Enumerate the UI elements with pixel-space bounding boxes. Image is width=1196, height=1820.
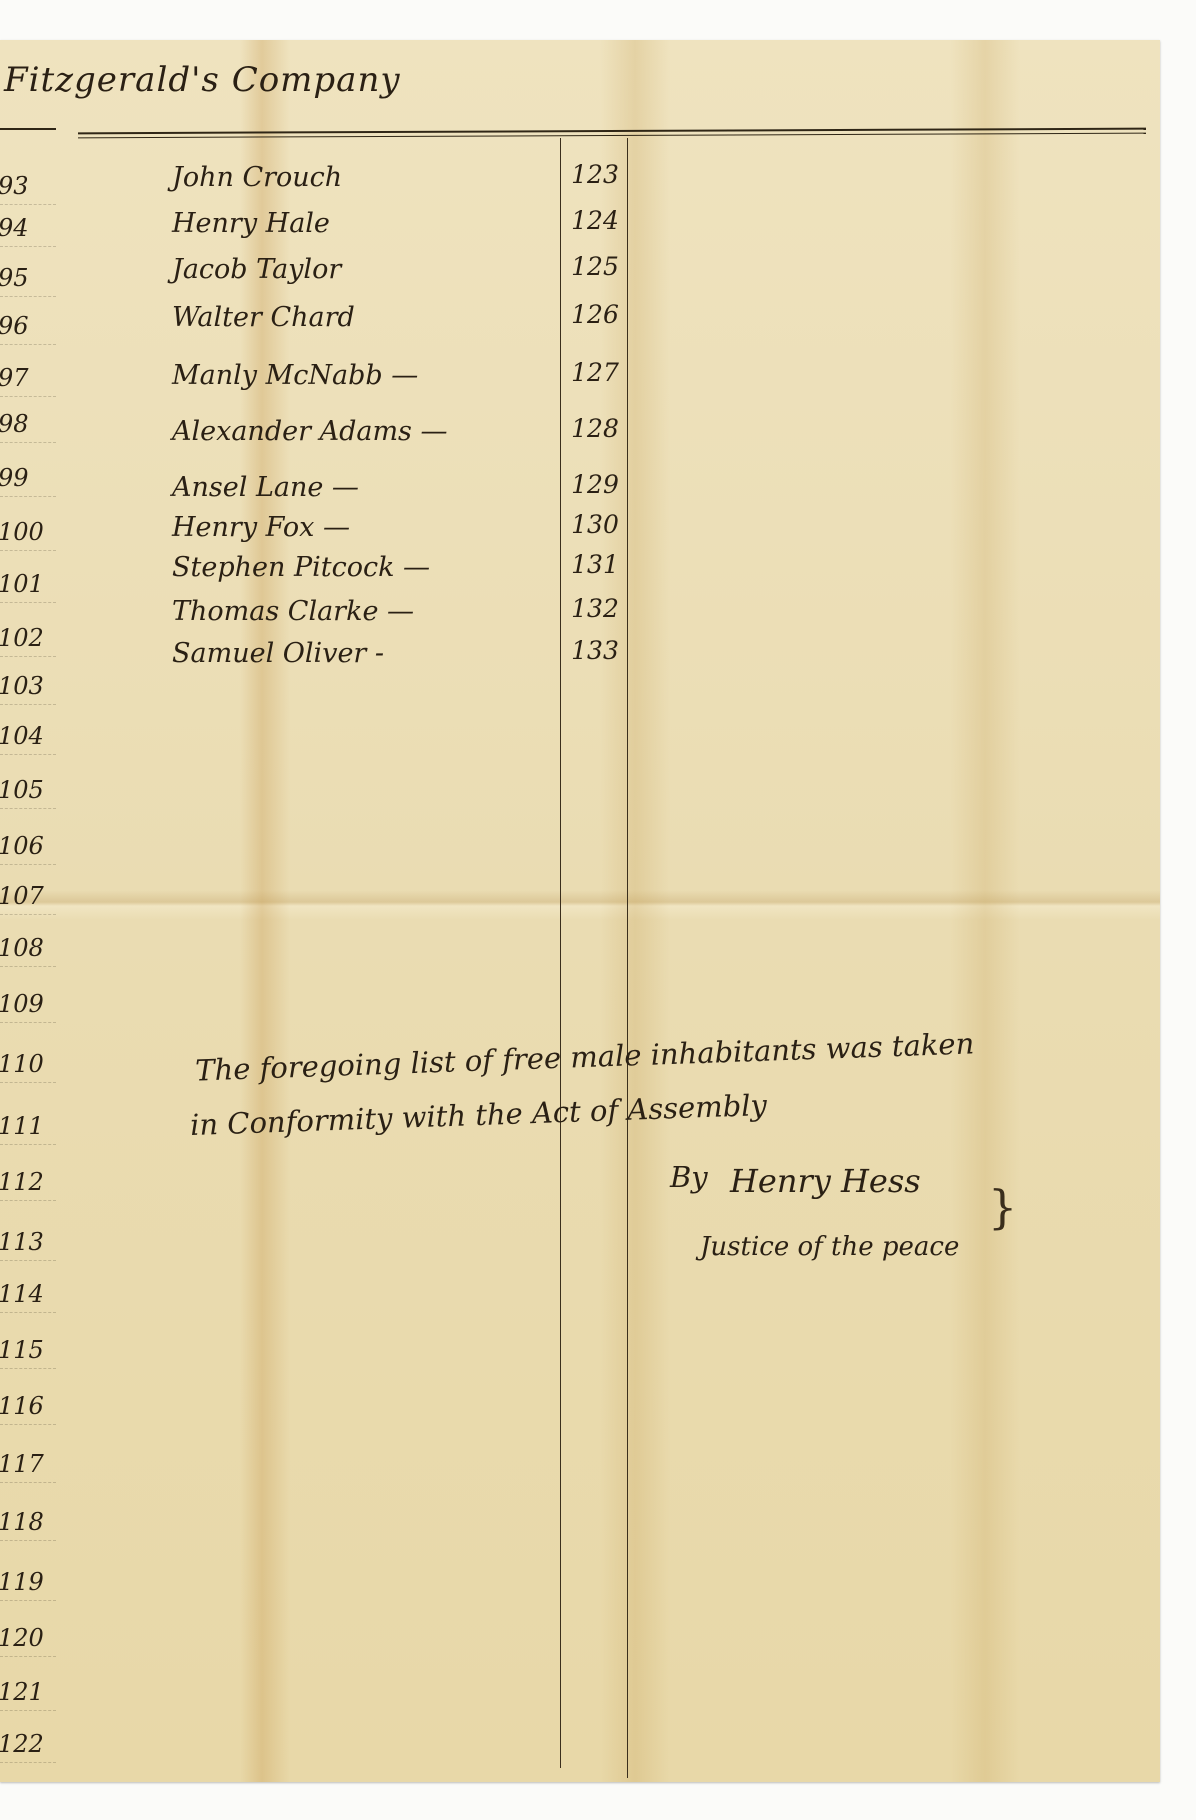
left-row-number: 107 <box>0 882 44 910</box>
row-guide-line <box>0 704 56 705</box>
left-row-number: 116 <box>0 1392 44 1420</box>
left-row-number: 120 <box>0 1624 44 1652</box>
entry-number: 133 <box>565 636 625 665</box>
left-row-number: 95 <box>0 264 29 292</box>
row-guide-line <box>0 1022 56 1023</box>
entry-number: 125 <box>565 252 625 281</box>
left-row-number: 94 <box>0 214 29 242</box>
entry-name: Thomas Clarke — <box>172 596 414 627</box>
row-guide-line <box>0 1144 56 1145</box>
left-row-number: 117 <box>0 1450 44 1478</box>
left-row-number: 101 <box>0 570 44 598</box>
row-guide-line <box>0 204 56 205</box>
entry-number: 132 <box>565 594 625 623</box>
left-row-number: 113 <box>0 1228 44 1256</box>
left-row-number: 105 <box>0 776 44 804</box>
entry-number: 123 <box>565 160 625 189</box>
entry-number: 130 <box>565 510 625 539</box>
left-row-number: 111 <box>0 1112 44 1140</box>
row-guide-line <box>0 1600 56 1601</box>
left-row-number: 106 <box>0 832 44 860</box>
left-row-number: 119 <box>0 1568 44 1596</box>
row-guide-line <box>0 1368 56 1369</box>
signer-title: Justice of the peace <box>700 1232 959 1262</box>
row-guide-line <box>0 1200 56 1201</box>
row-guide-line <box>0 1656 56 1657</box>
entry-name: Henry Hale <box>172 208 330 239</box>
row-guide-line <box>0 442 56 443</box>
entry-name: Ansel Lane — <box>172 472 359 503</box>
row-guide-line <box>0 1482 56 1483</box>
column-divider-right <box>627 138 628 1778</box>
row-guide-line <box>0 1710 56 1711</box>
row-guide-line <box>0 344 56 345</box>
entry-number: 127 <box>565 358 625 387</box>
row-guide-line <box>0 808 56 809</box>
left-row-number: 121 <box>0 1678 44 1706</box>
left-row-number: 104 <box>0 722 44 750</box>
left-row-number: 93 <box>0 172 29 200</box>
row-guide-line <box>0 496 56 497</box>
row-guide-line <box>0 246 56 247</box>
signature-bracket-icon: } <box>988 1180 1017 1234</box>
entry-name: Henry Fox — <box>172 512 350 543</box>
left-row-number: 114 <box>0 1280 44 1308</box>
entry-name: Stephen Pitcock — <box>172 552 430 583</box>
left-row-number: 103 <box>0 672 44 700</box>
left-row-number: 122 <box>0 1730 44 1758</box>
entry-name: Jacob Taylor <box>172 254 341 285</box>
left-row-number: 97 <box>0 364 29 392</box>
entry-number: 129 <box>565 470 625 499</box>
entry-number: 124 <box>565 206 625 235</box>
row-guide-line <box>0 1260 56 1261</box>
row-guide-line <box>0 864 56 865</box>
entry-name: Samuel Oliver - <box>172 638 384 669</box>
attestation-by: By <box>670 1160 708 1194</box>
row-guide-line <box>0 1312 56 1313</box>
left-row-number: 112 <box>0 1168 44 1196</box>
row-guide-line <box>0 1762 56 1763</box>
left-row-number: 108 <box>0 934 44 962</box>
entry-name: Walter Chard <box>172 302 355 333</box>
row-guide-line <box>0 1540 56 1541</box>
entry-name: Alexander Adams — <box>172 416 448 447</box>
row-guide-line <box>0 656 56 657</box>
left-row-number: 98 <box>0 410 29 438</box>
left-row-number: 100 <box>0 518 44 546</box>
left-row-number: 102 <box>0 624 44 652</box>
left-row-number: 109 <box>0 990 44 1018</box>
left-row-number: 118 <box>0 1508 44 1536</box>
row-guide-line <box>0 914 56 915</box>
column-divider-left <box>560 138 561 1768</box>
row-guide-line <box>0 1082 56 1083</box>
header-rule-left <box>0 128 56 130</box>
entry-number: 128 <box>565 414 625 443</box>
row-guide-line <box>0 754 56 755</box>
row-guide-line <box>0 1424 56 1425</box>
entry-number: 131 <box>565 550 625 579</box>
document-title: Fitzgerald's Company <box>4 60 401 100</box>
entry-name: John Crouch <box>172 162 342 193</box>
left-row-number: 110 <box>0 1050 44 1078</box>
row-guide-line <box>0 396 56 397</box>
row-guide-line <box>0 966 56 967</box>
row-guide-line <box>0 296 56 297</box>
left-row-number: 96 <box>0 312 29 340</box>
left-row-number: 115 <box>0 1336 44 1364</box>
entry-name: Manly McNabb — <box>172 360 418 391</box>
row-guide-line <box>0 602 56 603</box>
signer-name: Henry Hess <box>730 1162 921 1200</box>
left-row-number: 99 <box>0 464 29 492</box>
row-guide-line <box>0 550 56 551</box>
entry-number: 126 <box>565 300 625 329</box>
